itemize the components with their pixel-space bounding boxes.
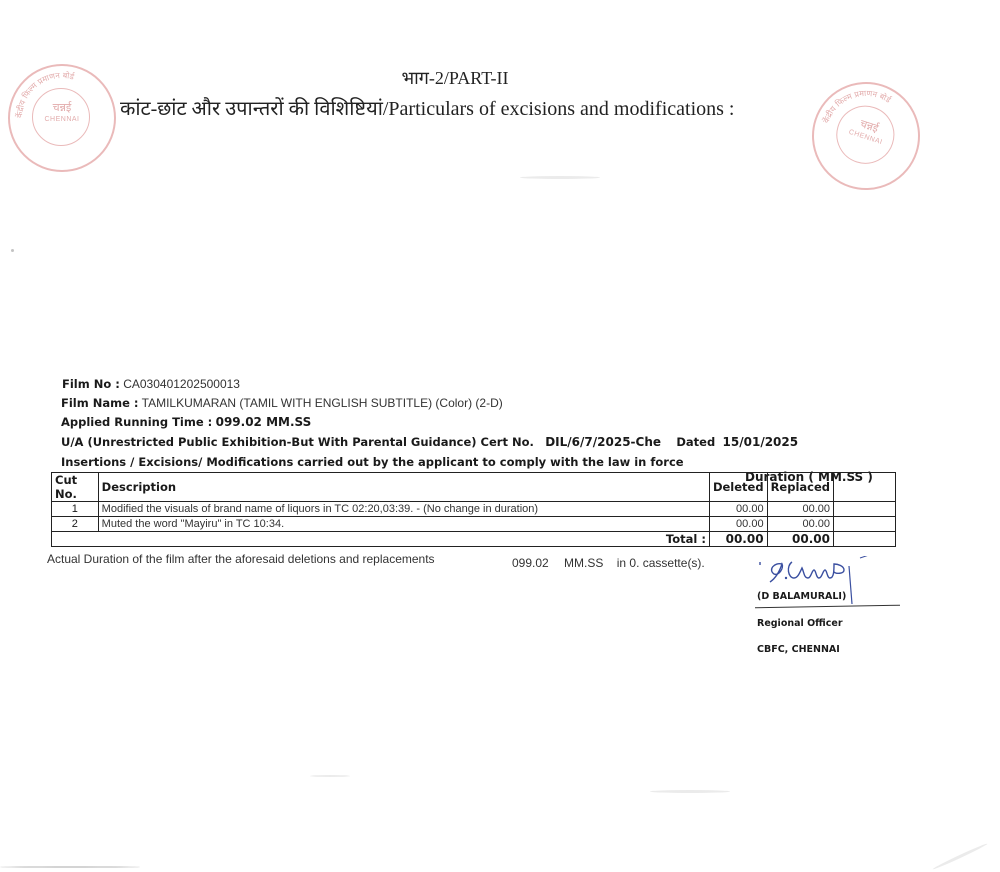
part-label: भाग-2/PART-II [401, 68, 508, 88]
col-cut-no: Cut No. [52, 473, 99, 502]
modifications-title-text: Insertions / Excisions/ Modifications ca… [61, 455, 684, 469]
film-name-label: Film Name : [61, 396, 139, 410]
total-label: Total : [52, 532, 710, 547]
certificate-line: U/A (Unrestricted Public Exhibition-But … [61, 435, 798, 449]
stamp-city-hindi: चन्नई [10, 100, 114, 115]
actual-duration-value-line: 099.02 MM.SS in 0. cassette(s). [512, 556, 705, 570]
modifications-table: Cut No. Description Deleted Replaced 1 M… [51, 472, 896, 547]
cut-no-cell: 1 [52, 502, 99, 517]
col-blank [834, 473, 896, 502]
blank-cell [834, 517, 896, 532]
blank-cell [834, 502, 896, 517]
table-header-row: Cut No. Description Deleted Replaced [52, 473, 896, 502]
scan-dot [11, 249, 14, 252]
dated-label: Dated [676, 435, 715, 449]
deleted-cell: 00.00 [709, 517, 767, 532]
film-name-line: Film Name : TAMILKUMARAN (TAMIL WITH ENG… [61, 396, 503, 410]
scan-smudge [0, 866, 140, 868]
cassette-count: in 0. cassette(s). [617, 556, 705, 570]
deleted-cell: 00.00 [709, 502, 767, 517]
cut-no-cell: 2 [52, 517, 99, 532]
running-time-value: 099.02 MM.SS [216, 415, 312, 429]
scan-smudge [310, 775, 350, 777]
actual-duration-value: 099.02 [512, 556, 549, 570]
col-replaced: Replaced [767, 473, 833, 502]
scan-smudge [650, 790, 730, 793]
certificate-category: U/A (Unrestricted Public Exhibition-But … [61, 435, 534, 449]
actual-duration-label: Actual Duration of the film after the af… [47, 552, 435, 566]
film-name-value: TAMILKUMARAN (TAMIL WITH ENGLISH SUBTITL… [142, 396, 503, 410]
dated-value: 15/01/2025 [723, 435, 799, 449]
running-time-line: Applied Running Time : 099.02 MM.SS [61, 415, 311, 429]
scan-smudge [520, 176, 600, 179]
signatory-role: Regional Officer [757, 618, 843, 629]
film-no-value: CA030401202500013 [123, 377, 240, 391]
part-title: भाग-2/PART-II [0, 66, 910, 90]
modifications-title: Insertions / Excisions/ Modifications ca… [61, 455, 684, 469]
description-cell: Muted the word "Mayiru" in TC 10:34. [98, 517, 709, 532]
col-description: Description [98, 473, 709, 502]
film-no-label: Film No : [62, 377, 120, 391]
description-cell: Modified the visuals of brand name of li… [98, 502, 709, 517]
section-heading: कांट-छांट और उपान्तरों की विशिष्टियां/Pa… [120, 94, 734, 121]
table-row: 2 Muted the word "Mayiru" in TC 10:34. 0… [52, 517, 896, 532]
signatory-office: CBFC, CHENNAI [757, 644, 840, 655]
total-replaced: 00.00 [767, 532, 833, 547]
signatory-name: (D BALAMURALI) [757, 591, 846, 602]
replaced-cell: 00.00 [767, 502, 833, 517]
table-row: 1 Modified the visuals of brand name of … [52, 502, 896, 517]
certificate-number: DIL/6/7/2025-Che [545, 435, 661, 449]
actual-duration-unit: MM.SS [564, 556, 603, 570]
total-row: Total : 00.00 00.00 [52, 532, 896, 547]
total-deleted: 00.00 [709, 532, 767, 547]
col-deleted: Deleted [709, 473, 767, 502]
replaced-cell: 00.00 [767, 517, 833, 532]
scan-smudge [932, 842, 988, 870]
running-time-label: Applied Running Time : [61, 415, 212, 429]
stamp-city-english: CHENNAI [10, 116, 114, 123]
blank-cell [834, 532, 896, 547]
film-no-line: Film No : CA030401202500013 [62, 377, 240, 391]
